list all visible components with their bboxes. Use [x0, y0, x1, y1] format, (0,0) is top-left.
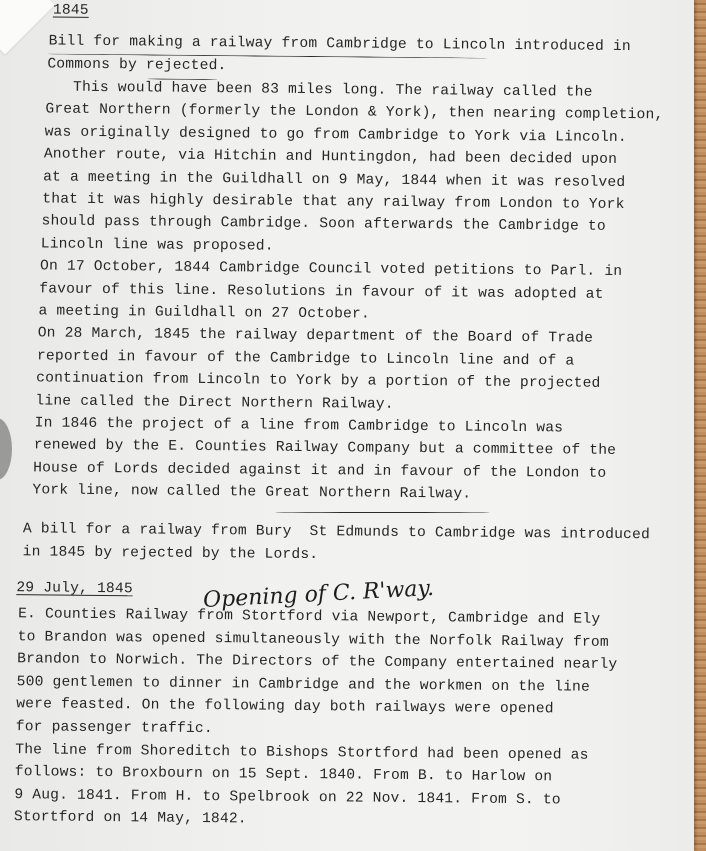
text-line: Stortford on 14 May, 1842.	[14, 810, 247, 828]
typewritten-text: 1845 Bill for making a railway from Camb…	[0, 0, 694, 851]
text-line: continuation from Lincoln to York by a p…	[36, 371, 600, 392]
heading-year: 1845	[53, 3, 89, 19]
text-line: 500 gentlemen to dinner in Cambridge and…	[17, 674, 590, 696]
text-line: were feasted. On the following day both …	[16, 697, 554, 718]
section3-date: 29 July, 1845	[16, 580, 133, 597]
text-line: at a meeting in the Guildhall on 9 May, …	[43, 169, 625, 191]
text-line: that it was highly desirable that any ra…	[42, 191, 624, 213]
text-line: On 17 October, 1844 Cambridge Council vo…	[40, 259, 622, 281]
text-line: York line, now called the Great Northern…	[32, 483, 471, 503]
section1-body: This would have been 83 miles long. The …	[0, 0, 694, 7]
text-line: a meeting in Guildhall on 27 October.	[38, 303, 370, 322]
text-line: follows: to Broxbourn on 15 Sept. 1840. …	[15, 764, 553, 785]
text-line: A bill for a railway from Bury St Edmund…	[23, 521, 650, 543]
text-line: in 1845 by rejected by the Lords.	[23, 544, 319, 563]
pen-underline	[275, 512, 490, 513]
text-line: E. Counties Railway from Stortford via N…	[18, 606, 600, 628]
text-line: line called the Direct Northern Railway.	[35, 393, 393, 412]
text-line: to Brandon was opened simultaneously wit…	[18, 629, 609, 651]
text-line: 9 Aug. 1841. From H. to Spelbrook on 22 …	[14, 787, 561, 808]
wooden-table-background	[692, 0, 706, 851]
document-page: 1845 Bill for making a railway from Camb…	[0, 0, 694, 851]
text-line: reported in favour of the Cambridge to L…	[37, 348, 575, 369]
text-line: Brandon to Norwich. The Directors of the…	[17, 651, 617, 673]
section3-body: E. Counties Railway from Stortford via N…	[0, 0, 694, 7]
text-line: In 1846 the project of a line from Cambr…	[35, 415, 564, 436]
text-line: Lincoln line was proposed.	[41, 236, 274, 254]
section1-title: Bill for making a railway from Cambridge…	[49, 33, 631, 55]
section1-title-cont: Commons by rejected.	[47, 56, 226, 74]
text-line: Another route, via Hitchin and Huntingdo…	[44, 147, 617, 169]
section2-body: A bill for a railway from Bury St Edmund…	[0, 0, 694, 7]
text-line: The line from Shoreditch to Bishops Stor…	[15, 742, 588, 764]
text-line: On 28 March, 1845 the railway department…	[38, 326, 594, 347]
text-line: House of Lords decided against it and in…	[33, 460, 606, 482]
text-line: should pass through Cambridge. Soon afte…	[41, 214, 605, 235]
text-line: for passenger traffic.	[16, 719, 213, 737]
text-line: renewed by the E. Counties Railway Compa…	[34, 438, 616, 460]
text-line: Great Northern (formerly the London & Yo…	[45, 102, 663, 124]
text-line: This would have been 83 miles long. The …	[46, 79, 593, 100]
text-line: was originally designed to go from Cambr…	[45, 124, 627, 146]
text-line: favour of this line. Resolutions in favo…	[39, 281, 603, 302]
